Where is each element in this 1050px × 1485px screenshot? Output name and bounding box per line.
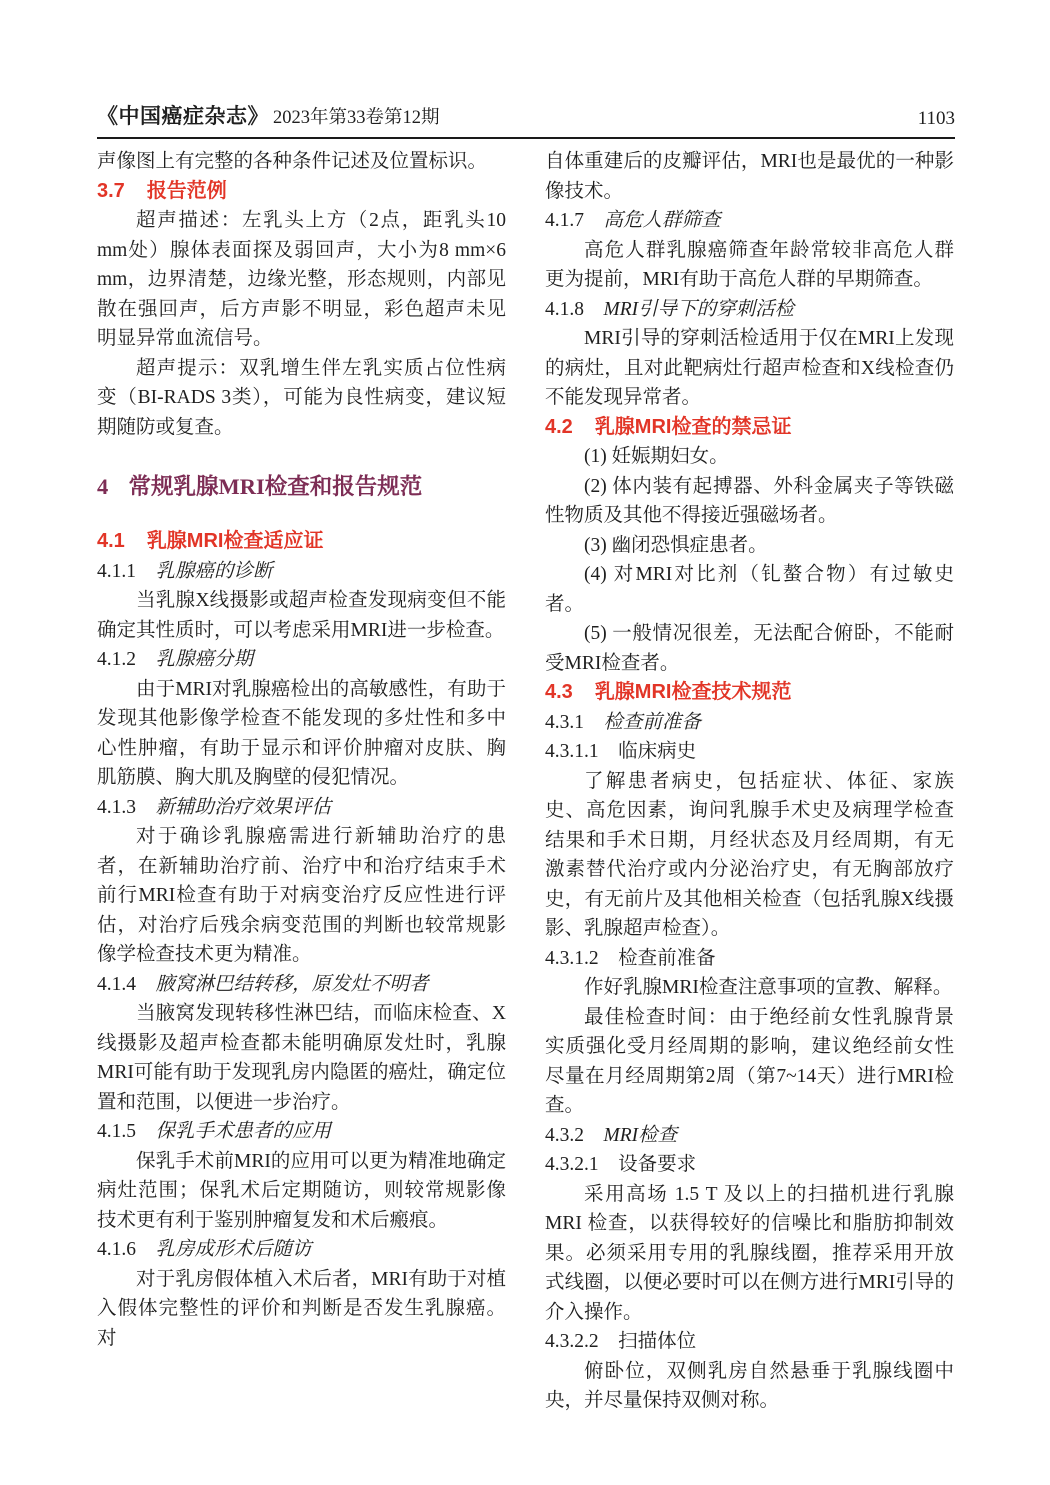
paragraph: 由于MRI对乳腺癌检出的高敏感性，有助于发现其他影像学检查不能发现的多灶性和多中… bbox=[97, 675, 506, 793]
section-heading-3-7: 3.7报告范例 bbox=[97, 177, 506, 207]
subsection-title: 乳腺癌分期 bbox=[156, 649, 254, 670]
subsection-number: 4.3.2 bbox=[545, 1125, 584, 1146]
section-number: 4.1 bbox=[97, 530, 125, 552]
section-heading-4-2: 4.2乳腺MRI检查的禁忌证 bbox=[545, 413, 954, 443]
section-title: 乳腺MRI检查适应证 bbox=[147, 530, 324, 552]
two-column-layout: 声像图上有完整的各种条件记述及位置标识。 3.7报告范例 超声描述：左乳头上方（… bbox=[97, 147, 955, 1416]
section-title: 乳腺MRI检查的禁忌证 bbox=[595, 416, 792, 438]
header-left: 《中国癌症杂志》 2023年第33卷第12期 bbox=[97, 100, 440, 130]
paragraph: 高危人群乳腺癌筛查年龄常较非高危人群更为提前，MRI有助于高危人群的早期筛查。 bbox=[545, 236, 954, 295]
paragraph: 采用高场 1.5 T 及以上的扫描机进行乳腺 MRI 检查，以获得较好的信噪比和… bbox=[545, 1180, 954, 1328]
subsubsection-title: 设备要求 bbox=[618, 1154, 696, 1175]
subsection-heading-4-1-6: 4.1.6乳房成形术后随访 bbox=[97, 1235, 506, 1265]
journal-page: { "header": { "journal_title": "《中国癌症杂志》… bbox=[0, 0, 1050, 1485]
subsection-title: MRI引导下的穿刺活检 bbox=[604, 299, 795, 320]
right-column: 自体重建后的皮瓣评估，MRI也是最优的一种影像技术。 4.1.7高危人群筛查 高… bbox=[545, 147, 954, 1416]
section-heading-4-3: 4.3乳腺MRI检查技术规范 bbox=[545, 678, 954, 708]
paragraph: 作好乳腺MRI检查注意事项的宣教、解释。 bbox=[545, 973, 954, 1003]
list-item: (2) 体内装有起搏器、外科金属夹子等铁磁性物质及其他不得接近强磁场者。 bbox=[545, 472, 954, 531]
subsection-title: 乳房成形术后随访 bbox=[156, 1239, 312, 1260]
paragraph: 最佳检查时间：由于绝经前女性乳腺背景实质强化受月经周期的影响，建议绝经前女性尽量… bbox=[545, 1003, 954, 1121]
subsection-title: 高危人群筛查 bbox=[604, 210, 721, 231]
subsection-number: 4.1.4 bbox=[97, 974, 136, 995]
subsection-heading-4-1-5: 4.1.5保乳手术患者的应用 bbox=[97, 1117, 506, 1147]
subsection-number: 4.3.1 bbox=[545, 712, 584, 733]
list-item: (4) 对MRI对比剂（钆螯合物）有过敏史者。 bbox=[545, 560, 954, 619]
paragraph-continuation: 自体重建后的皮瓣评估，MRI也是最优的一种影像技术。 bbox=[545, 147, 954, 206]
subsection-heading-4-3-1: 4.3.1检查前准备 bbox=[545, 708, 954, 738]
section-title: 乳腺MRI检查技术规范 bbox=[595, 681, 792, 703]
list-item: (5) 一般情况很差，无法配合俯卧，不能耐受MRI检查者。 bbox=[545, 619, 954, 678]
subsection-heading-4-1-7: 4.1.7高危人群筛查 bbox=[545, 206, 954, 236]
journal-header: 《中国癌症杂志》 2023年第33卷第12期 1103 bbox=[97, 100, 955, 139]
paragraph: 超声描述：左乳头上方（2点，距乳头10 mm处）腺体表面探及弱回声，大小为8 m… bbox=[97, 206, 506, 354]
subsection-number: 4.1.6 bbox=[97, 1239, 136, 1260]
subsection-number: 4.1.8 bbox=[545, 299, 584, 320]
subsection-title: 腋窝淋巴结转移，原发灶不明者 bbox=[156, 974, 429, 995]
paragraph: 俯卧位，双侧乳房自然悬垂于乳腺线圈中央，并尽量保持双侧对称。 bbox=[545, 1357, 954, 1416]
subsection-heading-4-1-8: 4.1.8MRI引导下的穿刺活检 bbox=[545, 295, 954, 325]
left-column: 声像图上有完整的各种条件记述及位置标识。 3.7报告范例 超声描述：左乳头上方（… bbox=[97, 147, 506, 1416]
subsection-number: 4.1.1 bbox=[97, 561, 136, 582]
section-heading-4-1: 4.1乳腺MRI检查适应证 bbox=[97, 527, 506, 557]
journal-title: 《中国癌症杂志》 bbox=[97, 100, 269, 130]
section-number: 4.2 bbox=[545, 416, 573, 438]
chapter-title: 常规乳腺MRI检查和报告规范 bbox=[129, 474, 423, 499]
section-number: 4.3 bbox=[545, 681, 573, 703]
page-container: 《中国癌症杂志》 2023年第33卷第12期 1103 声像图上有完整的各种条件… bbox=[0, 0, 1050, 1485]
paragraph: 对于乳房假体植入术后者，MRI有助于对植入假体完整性的评价和判断是否发生乳腺癌。… bbox=[97, 1265, 506, 1354]
subsection-heading-4-3-2: 4.3.2MRI检查 bbox=[545, 1121, 954, 1151]
issue-info: 2023年第33卷第12期 bbox=[273, 103, 440, 129]
chapter-heading-4: 4常规乳腺MRI检查和报告规范 bbox=[97, 471, 506, 502]
subsubsection-title: 扫描体位 bbox=[618, 1331, 696, 1352]
subsubsection-number: 4.3.1.1 bbox=[545, 741, 599, 762]
subsection-number: 4.1.5 bbox=[97, 1121, 136, 1142]
subsection-title: 检查前准备 bbox=[604, 712, 702, 733]
subsubsection-number: 4.3.2.2 bbox=[545, 1331, 599, 1352]
subsection-number: 4.1.2 bbox=[97, 649, 136, 670]
paragraph: 保乳手术前MRI的应用可以更为精准地确定病灶范围；保乳术后定期随访，则较常规影像… bbox=[97, 1147, 506, 1236]
subsubsection-number: 4.3.2.1 bbox=[545, 1154, 599, 1175]
list-item: (3) 幽闭恐惧症患者。 bbox=[545, 531, 954, 561]
paragraph: 超声提示：双乳增生伴左乳实质占位性病变（BI-RADS 3类），可能为良性病变，… bbox=[97, 354, 506, 443]
subsection-heading-4-1-4: 4.1.4腋窝淋巴结转移，原发灶不明者 bbox=[97, 970, 506, 1000]
paragraph: 对于确诊乳腺癌需进行新辅助治疗的患者，在新辅助治疗前、治疗中和治疗结束手术前行M… bbox=[97, 822, 506, 970]
paragraph: 了解患者病史，包括症状、体征、家族史、高危因素，询问乳腺手术史及病理学检查结果和… bbox=[545, 767, 954, 944]
subsection-title: MRI检查 bbox=[604, 1125, 678, 1146]
paragraph: 当腋窝发现转移性淋巴结，而临床检查、X线摄影及超声检查都未能明确原发灶时，乳腺M… bbox=[97, 999, 506, 1117]
subsection-heading-4-1-3: 4.1.3新辅助治疗效果评估 bbox=[97, 793, 506, 823]
subsection-title: 新辅助治疗效果评估 bbox=[156, 797, 332, 818]
paragraph-continuation: 声像图上有完整的各种条件记述及位置标识。 bbox=[97, 147, 506, 177]
subsubsection-title: 临床病史 bbox=[618, 741, 696, 762]
page-number: 1103 bbox=[918, 108, 955, 130]
paragraph: 当乳腺X线摄影或超声检查发现病变但不能确定其性质时，可以考虑采用MRI进一步检查… bbox=[97, 586, 506, 645]
subsubsection-heading-4-3-1-2: 4.3.1.2检查前准备 bbox=[545, 944, 954, 974]
subsection-heading-4-1-2: 4.1.2乳腺癌分期 bbox=[97, 645, 506, 675]
subsubsection-title: 检查前准备 bbox=[618, 948, 716, 969]
list-item: (1) 妊娠期妇女。 bbox=[545, 442, 954, 472]
subsection-title: 保乳手术患者的应用 bbox=[156, 1121, 332, 1142]
subsection-number: 4.1.7 bbox=[545, 210, 584, 231]
chapter-number: 4 bbox=[97, 474, 108, 499]
subsubsection-heading-4-3-2-1: 4.3.2.1设备要求 bbox=[545, 1150, 954, 1180]
subsubsection-number: 4.3.1.2 bbox=[545, 948, 599, 969]
subsection-title: 乳腺癌的诊断 bbox=[156, 561, 273, 582]
subsubsection-heading-4-3-2-2: 4.3.2.2扫描体位 bbox=[545, 1327, 954, 1357]
paragraph: MRI引导的穿刺活检适用于仅在MRI上发现的病灶，且对此靶病灶行超声检查和X线检… bbox=[545, 324, 954, 413]
section-title: 报告范例 bbox=[147, 180, 227, 202]
subsection-number: 4.1.3 bbox=[97, 797, 136, 818]
section-number: 3.7 bbox=[97, 180, 125, 202]
subsubsection-heading-4-3-1-1: 4.3.1.1临床病史 bbox=[545, 737, 954, 767]
subsection-heading-4-1-1: 4.1.1乳腺癌的诊断 bbox=[97, 557, 506, 587]
